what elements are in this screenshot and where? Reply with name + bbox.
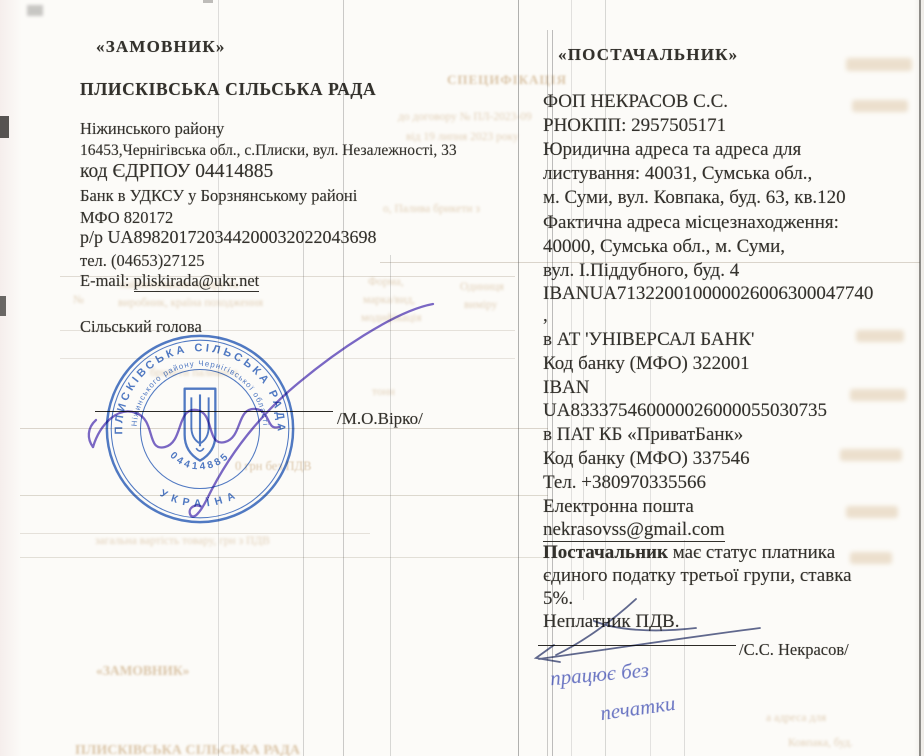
customer-line: р/р UA898201720344200032022043698	[80, 228, 377, 248]
supplier-line: вул. І.Піддубного, буд. 4	[543, 261, 739, 282]
bleed-col-form: Форма,	[368, 276, 404, 288]
bleed-goods-line: о, Палива брикети з	[383, 203, 480, 215]
handwritten-note-line2: печатки	[599, 691, 677, 726]
customer-org-name: ПЛИСКІВСЬКА СІЛЬСЬКА РАДА	[80, 80, 376, 99]
bleed-contract-line: до договору № ПЛ-2023-09	[398, 111, 532, 123]
supplier-email: nekrasovss@gmail.com	[543, 519, 725, 542]
supplier-line: листування: 40031, Сумська обл.,	[543, 164, 812, 185]
supplier-line: Фактична адреса місцезнаходження:	[543, 213, 839, 234]
scan-artifact-line	[390, 255, 391, 756]
bleed-blob	[846, 506, 898, 518]
supplier-line: м. Суми, вул. Ковпака, буд. 63, кв.120	[543, 188, 846, 209]
bleed-col-unit2: виміру	[464, 299, 497, 311]
scanned-contract-page: СПЕЦИФІКАЦІЯ до договору № ПЛ-2023-09 ві…	[0, 0, 924, 756]
supplier-line: Код банку (МФО) 337546	[543, 449, 750, 470]
bleed-blob	[850, 552, 892, 564]
supplier-header: «ПОСТАЧАЛЬНИК»	[558, 46, 738, 65]
scan-edge-mark	[0, 116, 9, 138]
bleed-col-unit: Одиниця	[460, 281, 504, 293]
bleed-right-ghost2: Ковпака, буд.	[788, 737, 853, 749]
customer-line: код ЄДРПОУ 04414885	[80, 161, 273, 182]
scan-edge-mark	[203, 0, 213, 3]
supplier-tax-line: 5%.	[543, 589, 573, 610]
supplier-line: ,	[543, 306, 548, 327]
stamp-country-text: УКРАЇНА	[158, 487, 242, 509]
supplier-line: Електронна пошта	[543, 497, 694, 518]
supplier-tax-bold: Постачальник	[543, 542, 668, 563]
bleed-spec-title: СПЕЦИФІКАЦІЯ	[447, 72, 567, 88]
supplier-line: РНОКПП: 2957505171	[543, 116, 726, 137]
supplier-iban-line: IBANUA713220010000026006300047740	[543, 284, 873, 305]
bleed-total-row: загальна вартість товару, грн з ПДВ	[95, 535, 270, 547]
bleed-blob	[850, 389, 906, 401]
bleed-blob	[852, 100, 908, 112]
supplier-line: в ПАТ КБ «ПриватБанк»	[543, 425, 743, 446]
customer-email-line: E-mail: pliskirada@ukr.net	[80, 272, 259, 290]
bleed-table-line	[20, 557, 548, 558]
bleed-blob	[846, 58, 912, 71]
bleed-col-name2: виробник, країна походження	[118, 297, 263, 309]
customer-line: Банк в УДКСУ у Борзнянському районі	[80, 187, 357, 205]
official-stamp: ПЛИСКІВСЬКА СІЛЬСЬКА РАДА УКРАЇНА Ніжинс…	[104, 333, 296, 525]
page-edge-line	[919, 0, 921, 756]
bleed-col-no: №	[73, 294, 84, 306]
customer-line: 16453,Чернігівська обл., с.Плиски, вул. …	[80, 142, 457, 159]
trident-icon	[185, 389, 216, 461]
bleed-blob	[856, 330, 904, 342]
customer-line: тел. (04653)27125	[80, 252, 205, 270]
supplier-line: Юридична адреса та адреса для	[543, 140, 801, 161]
bleed-row-unit: тонн	[372, 386, 395, 398]
supplier-line: ФОП НЕКРАСОВ С.С.	[543, 92, 728, 113]
bleed-col-form3: модифікація	[361, 312, 422, 324]
customer-line: МФО 820172	[80, 209, 173, 227]
scan-artifact-line	[343, 0, 344, 756]
supplier-line: Код банку (МФО) 322001	[543, 354, 750, 375]
scan-artifact-line	[303, 230, 304, 756]
scan-smudge	[27, 5, 43, 16]
scan-edge-mark	[0, 296, 6, 316]
supplier-tax-line: єдиного податку третьої групи, ставка	[543, 566, 852, 587]
svg-text:УКРАЇНА: УКРАЇНА	[158, 487, 242, 509]
bleed-blob	[840, 449, 902, 461]
supplier-vat-line: Неплатник ПДВ.	[543, 612, 679, 633]
customer-signature-name: /М.О.Вірко/	[337, 410, 423, 429]
customer-header: «ЗАМОВНИК»	[96, 38, 226, 57]
supplier-line: Тел. +380970335566	[543, 473, 706, 494]
supplier-line: в АТ 'УНІВЕРСАЛ БАНК'	[543, 330, 754, 351]
supplier-signature-line	[538, 645, 736, 646]
scan-artifact-line	[605, 0, 606, 756]
supplier-iban-line: UA833375460000026000055030735	[543, 401, 827, 422]
supplier-tax-status: Постачальник має статус платника	[543, 543, 835, 564]
supplier-line: IBAN	[543, 378, 589, 399]
bleed-table-line	[20, 533, 370, 534]
supplier-signature-name: /С.С. Некрасов/	[739, 641, 849, 659]
bleed-col-form2: марка/вид,	[363, 294, 415, 306]
handwritten-note-line1: працює без	[549, 658, 650, 692]
bleed-bottom-ghost: ПЛИСКІВСЬКА СІЛЬСЬКА РАДА	[75, 743, 300, 756]
customer-email: pliskirada@ukr.net	[134, 271, 260, 292]
bleed-customer-ghost: «ЗАМОВНИК»	[96, 663, 189, 679]
supplier-line: 40000, Сумська обл., м. Суми,	[543, 237, 785, 258]
email-label: E-mail:	[80, 271, 134, 290]
bleed-right-ghost: а адреса для	[766, 712, 826, 724]
customer-line: Ніжинського району	[80, 120, 224, 138]
